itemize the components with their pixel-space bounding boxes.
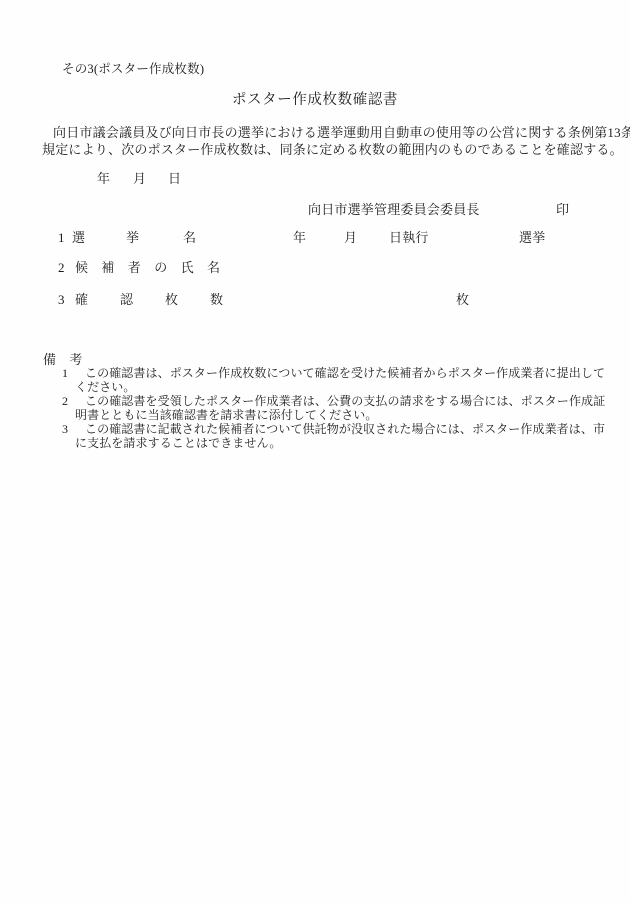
row3-label-char-3: 枚 [165,293,178,308]
date-day-label: 日 [168,172,181,187]
election-suffix-label: 選挙 [519,231,545,246]
remark1-line-2: ください。 [75,381,136,395]
commission-chair-title: 向日市選挙管理委員会委員長 [308,203,480,218]
row3-label-char-1: 確 [75,293,88,308]
row1-label-char-2: 挙 [126,231,139,246]
form-number-note: その3(ポスター作成枚数) [62,62,204,76]
remark2-line-2: 明書とともに当該確認書を請求書に添付してください。 [75,409,378,423]
document-title: ポスター作成枚数確認書 [0,92,630,109]
date-month-label: 月 [133,172,146,187]
date-year-label: 年 [97,172,110,187]
remark3-line-1: この確認書に記載された候補者について供託物が没収された場合には、ポスター作成業者… [85,423,605,437]
row1-label-char-3: 名 [183,231,196,246]
remark3-number: 3 [62,423,68,437]
row3-label-char-4: 数 [210,293,223,308]
row1-label-char-1: 選 [72,231,85,246]
remark2-line-1: この確認書を受領したポスター作成業者は、公費の支払の請求をする場合には、ポスター… [85,395,605,409]
row3-number: 3 [58,293,65,308]
remark1-number: 1 [62,367,68,381]
remark3-line-2: に支払を請求することはできません。 [75,437,281,451]
row2-label: 候 補 者 の 氏 名 [75,261,220,276]
election-date-year-label: 年 [293,231,306,246]
row2-number: 2 [58,261,65,276]
intro-line-2: 規定により、次のポスター作成枚数は、同条に定める枚数の範囲内のものであることを確… [42,143,623,158]
seal-mark: 印 [556,203,569,218]
row1-number: 1 [58,231,65,246]
intro-line-1: 向日市議会議員及び向日市長の選挙における選挙運動用自動車の使用等の公営に関する条… [53,126,630,141]
election-date-month-label: 月 [344,231,357,246]
remark1-line-1: この確認書は、ポスター作成枚数について確認を受けた候補者からポスター作成業者に提… [85,367,605,381]
sheets-unit-label: 枚 [456,293,469,308]
election-date-day-executed-label: 日執行 [389,231,429,246]
row3-label-char-2: 認 [120,293,133,308]
remark2-number: 2 [62,395,68,409]
document-page: その3(ポスター作成枚数) ポスター作成枚数確認書 向日市議会議員及び向日市長の… [0,0,630,903]
